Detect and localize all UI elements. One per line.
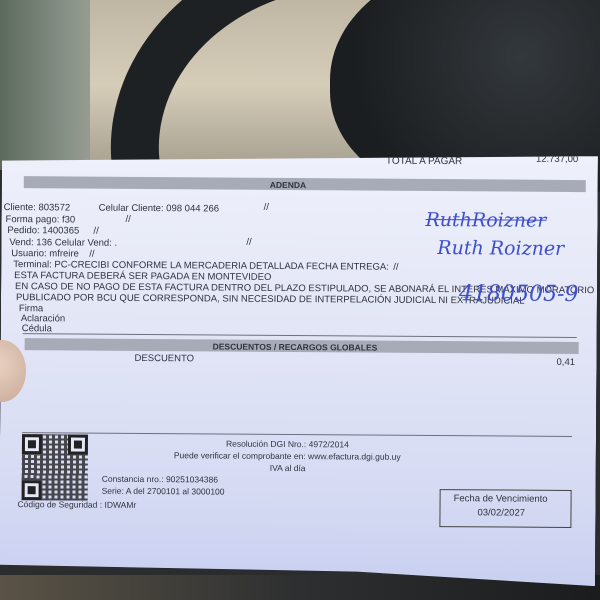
handwritten-name: Ruth Roizner [437, 237, 564, 260]
verificar-text: Puede verificar el comprobante en: www.e… [174, 450, 401, 462]
resolucion-text: Resolución DGI Nro.: 4972/2014 [226, 439, 349, 450]
discounts-header: DESCUENTOS / RECARGOS GLOBALES [213, 341, 378, 352]
handwritten-signature: RuthRoizner [425, 209, 546, 232]
vend-field: Vend: 136 Celular Vend: . [9, 237, 117, 249]
addenda-header: ADENDA [270, 180, 306, 190]
separator: // [393, 262, 398, 273]
forma-pago-field: Forma pago: f30 [5, 214, 75, 225]
iva-text: IVA al día [270, 463, 306, 473]
serie-text: Serie: A del 2700101 al 3000100 [102, 486, 225, 497]
legal-line-3: PUBLICADO POR BCU QUE CORRESPONDA, SIN N… [16, 292, 525, 307]
separator: // [93, 226, 98, 237]
cliente-field: Cliente: 803572 [4, 202, 71, 213]
discount-value: 0,41 [557, 357, 576, 368]
separator: // [246, 237, 251, 248]
qr-finder-pattern [22, 480, 42, 500]
celular-cliente-field: Celular Cliente: 098 044 266 [99, 203, 219, 215]
qr-finder-pattern [22, 434, 42, 454]
vencimiento-label: Fecha de Vencimiento [454, 493, 548, 505]
constancia-text: Constancia nro.: 90251034386 [102, 474, 218, 485]
vencimiento-value: 03/02/2027 [477, 507, 525, 518]
separator: // [89, 249, 94, 260]
handwritten-id-number: 4180505-9 [459, 281, 579, 307]
signature-rule [23, 333, 577, 338]
codigo-seguridad-text: Código de Seguridad : IDWAMr [18, 499, 137, 510]
usuario-field: Usuario: mfreire [11, 248, 79, 259]
discount-label: DESCUENTO [135, 353, 195, 364]
pedido-field: Pedido: 1400365 [7, 225, 79, 237]
separator: // [125, 214, 130, 225]
invoice-paper: TOTAL A PAGAR 12.737,00 ADENDA Cliente: … [0, 152, 598, 586]
separator: // [264, 202, 269, 213]
footer-rule [22, 432, 572, 437]
qr-finder-pattern [68, 434, 88, 454]
